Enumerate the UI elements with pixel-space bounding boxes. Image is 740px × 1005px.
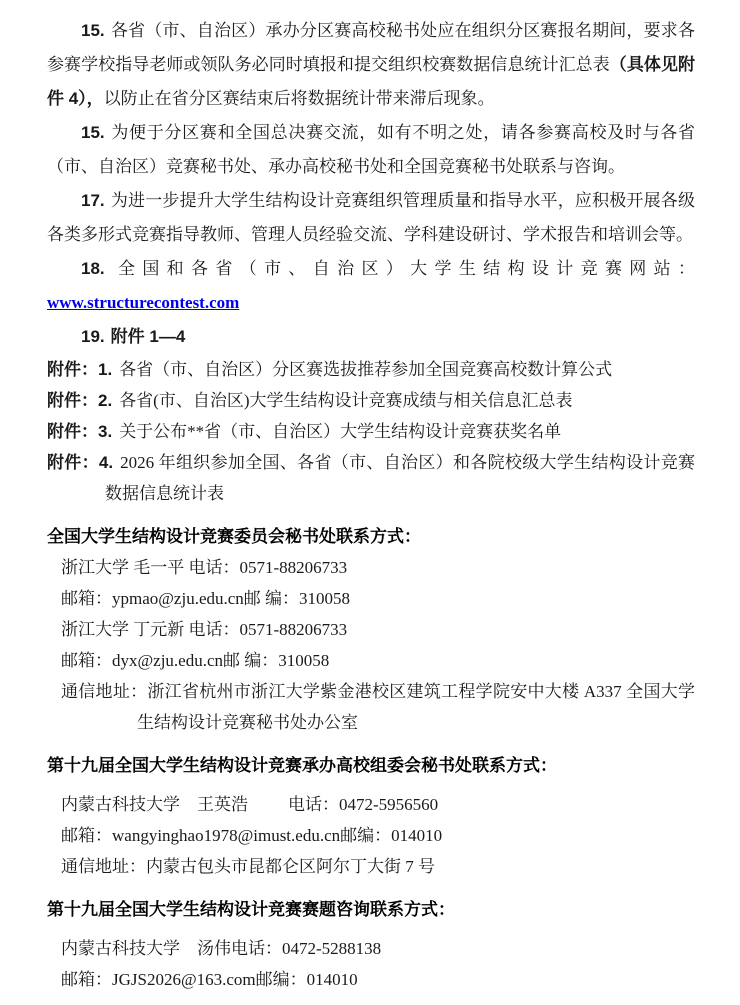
contact-line: 邮箱：ypmao@zju.edu.cn邮 编：310058: [61, 583, 695, 614]
contact-line: 浙江大学 丁元新 电话：0571-88206733: [61, 614, 695, 645]
contact-person: 内蒙古科技大学 汤伟: [61, 933, 231, 964]
phone-value: 电话：0472-5288138: [231, 939, 381, 958]
address-label: 通信地址：: [61, 857, 146, 876]
postcode-value: 邮 编：310058: [223, 651, 329, 670]
committee-contact-heading: 全国大学生结构设计竞赛委员会秘书处联系方式：: [47, 521, 695, 552]
document-page: 15.各省（市、自治区）承办分区赛高校秘书处应在组织分区赛报名期间，要求各参赛学…: [0, 0, 740, 1005]
paragraph-19: 19.附件 1—4: [47, 320, 695, 354]
address-label: 通信地址：: [61, 682, 147, 701]
phone-value: 电话：0472-5956560: [288, 795, 438, 814]
email-value: 邮箱：JGJS2026@163.com: [61, 964, 256, 995]
contact-line: 内蒙古科技大学 汤伟电话：0472-5288138: [61, 933, 695, 964]
attachment-label: 附件：4.: [47, 453, 113, 472]
item-number: 15.: [81, 123, 105, 142]
attachment-text: 各省(市、自治区)大学生结构设计竞赛成绩与相关信息汇总表: [119, 391, 572, 410]
item-number: 17.: [81, 191, 105, 210]
attachment-item: 附件：1.各省（市、自治区）分区赛选拔推荐参加全国竞赛高校数计算公式: [47, 354, 695, 385]
website-link[interactable]: www.structurecontest.com: [47, 293, 239, 312]
postcode-value: 邮编：014010: [340, 826, 442, 845]
contact-address-line: 通信地址：内蒙古包头市昆都仑区阿尔丁大街 7 号: [61, 851, 695, 882]
attachment-label: 附件：3.: [47, 422, 112, 441]
committee-contact-block: 浙江大学 毛一平 电话：0571-88206733 邮箱：ypmao@zju.e…: [47, 552, 695, 738]
topic-contact-block: 内蒙古科技大学 汤伟电话：0472-5288138 邮箱：JGJS2026@16…: [47, 933, 695, 995]
address-value: 内蒙古包头市昆都仑区阿尔丁大街 7 号: [146, 857, 435, 876]
paragraph-text: 为便于分区赛和全国总决赛交流，如有不明之处，请各参赛高校及时与各省（市、自治区）…: [47, 123, 695, 176]
attachment-item: 附件：2.各省(市、自治区)大学生结构设计竞赛成绩与相关信息汇总表: [47, 385, 695, 416]
contact-line: 邮箱：wangyinghao1978@imust.edu.cn邮编：014010: [61, 820, 695, 851]
contact-line: 浙江大学 毛一平 电话：0571-88206733: [61, 552, 695, 583]
contact-address-line: 通信地址：浙江省杭州市浙江大学紫金港校区建筑工程学院安中大楼 A337 全国大学…: [61, 676, 695, 738]
attachment-list: 附件：1.各省（市、自治区）分区赛选拔推荐参加全国竞赛高校数计算公式 附件：2.…: [47, 354, 695, 509]
contact-line: 内蒙古科技大学 王英浩电话：0472-5956560: [61, 789, 695, 820]
attachment-item: 附件：3.关于公布**省（市、自治区）大学生结构设计竞赛获奖名单: [47, 416, 695, 447]
item-number: 15.: [81, 21, 105, 40]
attachment-item: 附件：4.2026 年组织参加全国、各省（市、自治区）和各院校级大学生结构设计竞…: [47, 447, 695, 509]
email-value: 邮箱：dyx@zju.edu.cn: [61, 645, 223, 676]
email-value: 邮箱：wangyinghao1978@imust.edu.cn: [61, 820, 340, 851]
attachment-text: 2026 年组织参加全国、各省（市、自治区）和各院校级大学生结构设计竞赛数据信息…: [105, 453, 695, 503]
topic-contact-heading: 第十九届全国大学生结构设计竞赛赛题咨询联系方式：: [47, 894, 695, 925]
postcode-value: 邮 编：310058: [244, 589, 350, 608]
email-value: 邮箱：ypmao@zju.edu.cn: [61, 583, 244, 614]
paragraph-15a: 15.各省（市、自治区）承办分区赛高校秘书处应在组织分区赛报名期间，要求各参赛学…: [47, 14, 695, 116]
postcode-value: 邮编：014010: [256, 970, 358, 989]
paragraph-text: 为进一步提升大学生结构设计竞赛组织管理质量和指导水平，应积极开展各级各类多形式竞…: [47, 191, 695, 244]
paragraph-18: 18.全国和各省（市、自治区）大学生结构设计竞赛网站：www.structure…: [47, 252, 695, 320]
host-contact-block: 内蒙古科技大学 王英浩电话：0472-5956560 邮箱：wangyingha…: [47, 789, 695, 882]
paragraph-text: 附件 1—4: [111, 327, 186, 346]
item-number: 19.: [81, 327, 105, 346]
contact-line: 邮箱：JGJS2026@163.com邮编：014010: [61, 964, 695, 995]
paragraph-15b: 15.为便于分区赛和全国总决赛交流，如有不明之处，请各参赛高校及时与各省（市、自…: [47, 116, 695, 184]
item-number: 18.: [81, 259, 105, 278]
paragraph-text: 各省（市、自治区）承办分区赛高校秘书处应在组织分区赛报名期间，要求各参赛学校指导…: [47, 21, 695, 74]
address-value: 浙江省杭州市浙江大学紫金港校区建筑工程学院安中大楼 A337 全国大学生结构设计…: [137, 682, 695, 732]
attachment-text: 各省（市、自治区）分区赛选拔推荐参加全国竞赛高校数计算公式: [119, 360, 612, 379]
paragraph-text: 以防止在省分区赛结束后将数据统计带来滞后现象。: [104, 89, 495, 108]
attachment-label: 附件：2.: [47, 391, 112, 410]
contact-line: 邮箱：dyx@zju.edu.cn邮 编：310058: [61, 645, 695, 676]
host-contact-heading: 第十九届全国大学生结构设计竞赛承办高校组委会秘书处联系方式：: [47, 750, 695, 781]
attachment-label: 附件：1.: [47, 360, 112, 379]
paragraph-17: 17.为进一步提升大学生结构设计竞赛组织管理质量和指导水平，应积极开展各级各类多…: [47, 184, 695, 252]
paragraph-text: 全国和各省（市、自治区）大学生结构设计竞赛网站：: [111, 259, 695, 278]
attachment-text: 关于公布**省（市、自治区）大学生结构设计竞赛获奖名单: [119, 422, 561, 441]
contact-person: 内蒙古科技大学 王英浩: [61, 789, 288, 820]
